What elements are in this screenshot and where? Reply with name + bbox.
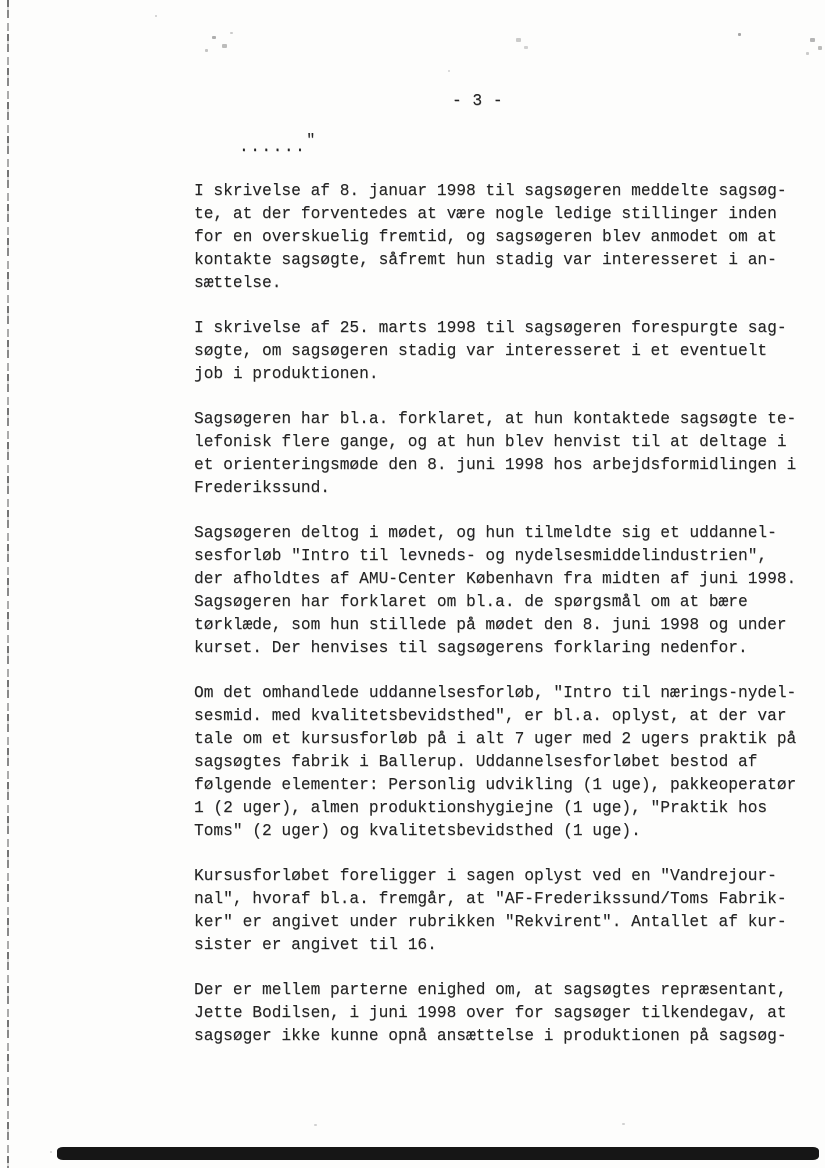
text-line: Jette Bodilsen, i juni 1998 over for sag… bbox=[194, 1002, 802, 1025]
text-line: I skrivelse af 25. marts 1998 til sagsøg… bbox=[194, 317, 802, 340]
text-line: job i produktionen. bbox=[194, 363, 802, 386]
text-line: nal", hvoraf bl.a. fremgår, at "AF-Frede… bbox=[194, 888, 802, 911]
text-line: lefonisk flere gange, og at hun blev hen… bbox=[194, 431, 802, 454]
text-line: Kursusforløbet foreligger i sagen oplyst… bbox=[194, 865, 802, 888]
paragraph: I skrivelse af 8. januar 1998 til sagsøg… bbox=[194, 180, 802, 295]
text-line: I skrivelse af 8. januar 1998 til sagsøg… bbox=[194, 180, 802, 203]
text-line: tørklæde, som hun stillede på mødet den … bbox=[194, 614, 802, 637]
text-line: Der er mellem parterne enighed om, at sa… bbox=[194, 979, 802, 1002]
scan-artifact-left-line bbox=[7, 0, 9, 1168]
scan-speck bbox=[155, 15, 157, 17]
text-line: ker" er angivet under rubrikken "Rekvire… bbox=[194, 911, 802, 934]
text-line: Om det omhandlede uddannelsesforløb, "In… bbox=[194, 682, 802, 705]
paragraph: Sagsøgeren har bl.a. forklaret, at hun k… bbox=[194, 408, 802, 500]
scan-speck bbox=[212, 36, 216, 39]
scan-speck bbox=[448, 70, 450, 72]
text-line: søgte, om sagsøgeren stadig var interess… bbox=[194, 340, 802, 363]
text-line: sister er angivet til 16. bbox=[194, 934, 802, 957]
scan-speck bbox=[524, 46, 528, 49]
scan-speck bbox=[810, 38, 815, 42]
text-line: kontakte sagsøgte, såfremt hun stadig va… bbox=[194, 249, 802, 272]
text-line: Frederikssund. bbox=[194, 477, 802, 500]
text-line: tale om et kursusforløb på i alt 7 uger … bbox=[194, 728, 802, 751]
scan-speck bbox=[516, 38, 521, 42]
continuation-quote-mark: " bbox=[306, 132, 315, 149]
continuation-mark: ......" bbox=[239, 133, 315, 151]
paragraph: Kursusforløbet foreligger i sagen oplyst… bbox=[194, 865, 802, 957]
scan-speck bbox=[622, 1123, 625, 1125]
text-line: Sagsøgeren har forklaret om bl.a. de spø… bbox=[194, 591, 802, 614]
paragraph: Der er mellem parterne enighed om, at sa… bbox=[194, 979, 802, 1048]
text-line: følgende elementer: Personlig udvikling … bbox=[194, 774, 802, 797]
text-line: sagsøgtes fabrik i Ballerup. Uddannelses… bbox=[194, 751, 802, 774]
scan-speck bbox=[738, 33, 741, 36]
text-line: Sagsøgeren deltog i mødet, og hun tilmel… bbox=[194, 522, 802, 545]
text-line: 1 (2 uger), almen produktionshygiejne (1… bbox=[194, 797, 802, 820]
text-line: der afholdtes af AMU-Center København fr… bbox=[194, 568, 802, 591]
text-line: sættelse. bbox=[194, 272, 802, 295]
continuation-dots: ...... bbox=[239, 138, 306, 156]
text-line: et orienteringsmøde den 8. juni 1998 hos… bbox=[194, 454, 802, 477]
scan-speck bbox=[314, 1124, 317, 1126]
text-line: sesforløb "Intro til levneds- og nydelse… bbox=[194, 545, 802, 568]
text-line: for en overskuelig fremtid, og sagsøgere… bbox=[194, 226, 802, 249]
text-line: Sagsøgeren har bl.a. forklaret, at hun k… bbox=[194, 408, 802, 431]
text-line: te, at der forventedes at være nogle led… bbox=[194, 203, 802, 226]
document-body: I skrivelse af 8. januar 1998 til sagsøg… bbox=[194, 180, 802, 1070]
document-page: - 3 - ......" I skrivelse af 8. januar 1… bbox=[0, 0, 825, 1168]
text-line: Toms" (2 uger) og kvalitetsbevidsthed (1… bbox=[194, 820, 802, 843]
scan-speck bbox=[50, 1151, 52, 1153]
paragraph: I skrivelse af 25. marts 1998 til sagsøg… bbox=[194, 317, 802, 386]
scan-speck bbox=[818, 46, 822, 50]
scan-speck bbox=[230, 32, 233, 34]
text-line: sagsøger ikke kunne opnå ansættelse i pr… bbox=[194, 1025, 802, 1048]
page-number: - 3 - bbox=[452, 92, 503, 110]
scan-speck bbox=[205, 49, 208, 52]
paragraph: Om det omhandlede uddannelsesforløb, "In… bbox=[194, 682, 802, 843]
text-line: sesmid. med kvalitetsbevidsthed", er bl.… bbox=[194, 705, 802, 728]
scan-speck bbox=[222, 44, 227, 48]
scan-speck bbox=[806, 52, 809, 55]
paragraph: Sagsøgeren deltog i mødet, og hun tilmel… bbox=[194, 522, 802, 660]
scan-artifact-bottom-bar bbox=[57, 1147, 819, 1160]
text-line: kurset. Der henvises til sagsøgerens for… bbox=[194, 637, 802, 660]
